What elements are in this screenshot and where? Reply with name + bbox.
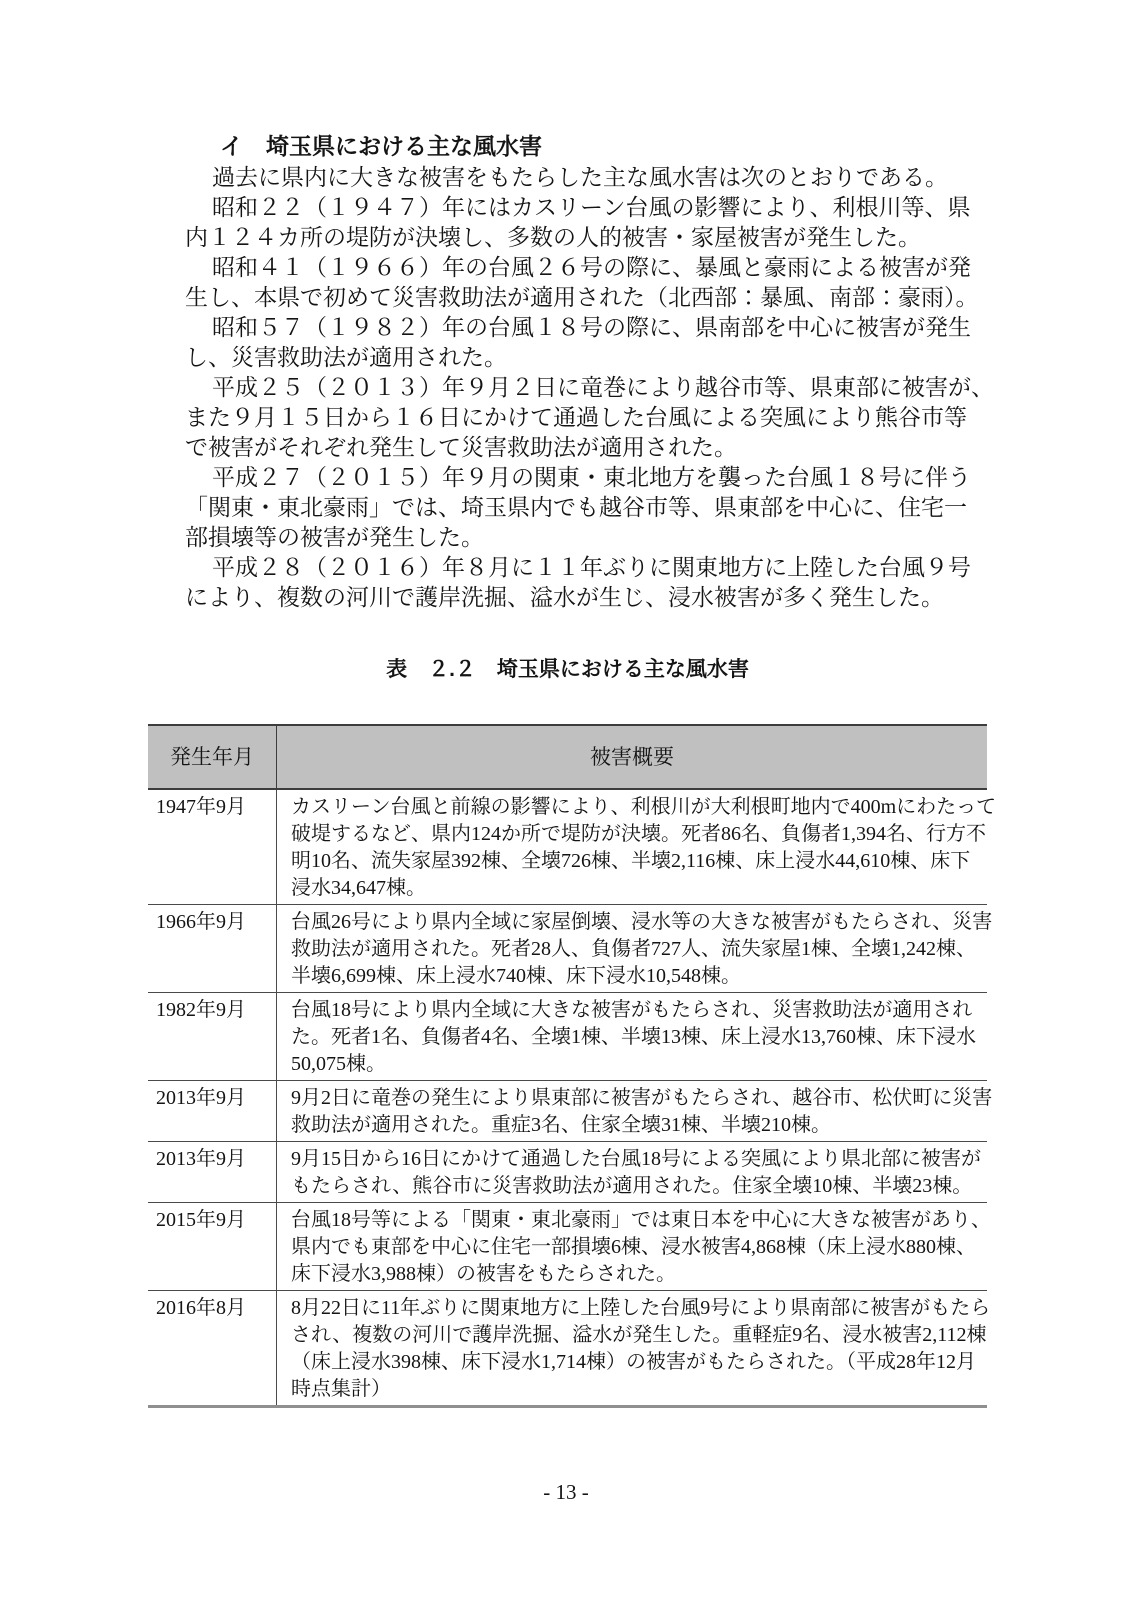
table-row: 2013年9月 9月2日に竜巻の発生により県東部に被害がもたらされ、越谷市、松伏… [148,1081,987,1142]
table-caption: 表 ２.２ 埼玉県における主な風水害 [148,656,987,684]
row-description: 台風18号等による「関東・東北豪雨」では東日本を中心に大きな被害があり、県内でも… [277,1203,988,1291]
row-date: 1966年9月 [148,905,277,993]
column-header-summary: 被害概要 [277,725,988,789]
table-row: 2013年9月 9月15日から16日にかけて通過した台風18号による突風により県… [148,1142,987,1203]
row-description: 9月15日から16日にかけて通過した台風18号による突風により県北部に被害がもた… [277,1142,988,1203]
row-description: 台風18号により県内全域に大きな被害がもたらされ、災害救助法が適用された。死者1… [277,993,988,1081]
row-description: 台風26号により県内全域に家屋倒壊、浸水等の大きな被害がもたらされ、災害救助法が… [277,905,988,993]
row-date: 1947年9月 [148,789,277,905]
paragraph: 昭和２２（１９４７）年にはカスリーン台風の影響により、利根川等、県内１２４カ所の… [185,193,1065,253]
paragraph: 平成２８（２０１６）年８月に１１年ぶりに関東地方に上陸した台風９号により、複数の… [185,553,1065,613]
section-heading-title: 埼玉県における主な風水害 [266,133,542,159]
table-header-row: 発生年月 被害概要 [148,725,987,789]
paragraph: 昭和４１（１９６６）年の台風２６号の際に、暴風と豪雨による被害が発生し、本県で初… [185,253,1065,313]
paragraph: 平成２５（２０１３）年９月２日に竜巻により越谷市等、県東部に被害が、また９月１５… [185,373,1065,463]
paragraph: 平成２７（２０１５）年９月の関東・東北地方を襲った台風１８号に伴う「関東・東北豪… [185,463,1065,553]
row-date: 1982年9月 [148,993,277,1081]
table-row: 1966年9月 台風26号により県内全域に家屋倒壊、浸水等の大きな被害がもたらさ… [148,905,987,993]
row-date: 2015年9月 [148,1203,277,1291]
section-heading: イ埼玉県における主な風水害 [220,131,542,161]
paragraph: 昭和５７（１９８２）年の台風１８号の際に、県南部を中心に被害が発生し、災害救助法… [185,313,1065,373]
table-row: 2016年8月 8月22日に11年ぶりに関東地方に上陸した台風9号により県南部に… [148,1291,987,1407]
table-row: 1947年9月 カスリーン台風と前線の影響により、利根川が大利根町地内で400m… [148,789,987,905]
row-description: カスリーン台風と前線の影響により、利根川が大利根町地内で400mにわたって破堤す… [277,789,988,905]
body-text: 過去に県内に大きな被害をもたらした主な風水害は次のとおりである。 昭和２２（１９… [185,163,1065,613]
row-description: 8月22日に11年ぶりに関東地方に上陸した台風9号により県南部に被害がもたらされ… [277,1291,988,1407]
page-number: - 13 - [0,1480,1132,1505]
row-date: 2016年8月 [148,1291,277,1407]
section-heading-prefix: イ [220,133,243,159]
row-description: 9月2日に竜巻の発生により県東部に被害がもたらされ、越谷市、松伏町に災害救助法が… [277,1081,988,1142]
row-date: 2013年9月 [148,1142,277,1203]
damage-table: 発生年月 被害概要 1947年9月 カスリーン台風と前線の影響により、利根川が大… [148,724,987,1408]
paragraph: 過去に県内に大きな被害をもたらした主な風水害は次のとおりである。 [185,163,1065,193]
document-page: イ埼玉県における主な風水害 過去に県内に大きな被害をもたらした主な風水害は次のと… [0,0,1132,1600]
column-header-date: 発生年月 [148,725,277,789]
table-row: 2015年9月 台風18号等による「関東・東北豪雨」では東日本を中心に大きな被害… [148,1203,987,1291]
table-row: 1982年9月 台風18号により県内全域に大きな被害がもたらされ、災害救助法が適… [148,993,987,1081]
row-date: 2013年9月 [148,1081,277,1142]
